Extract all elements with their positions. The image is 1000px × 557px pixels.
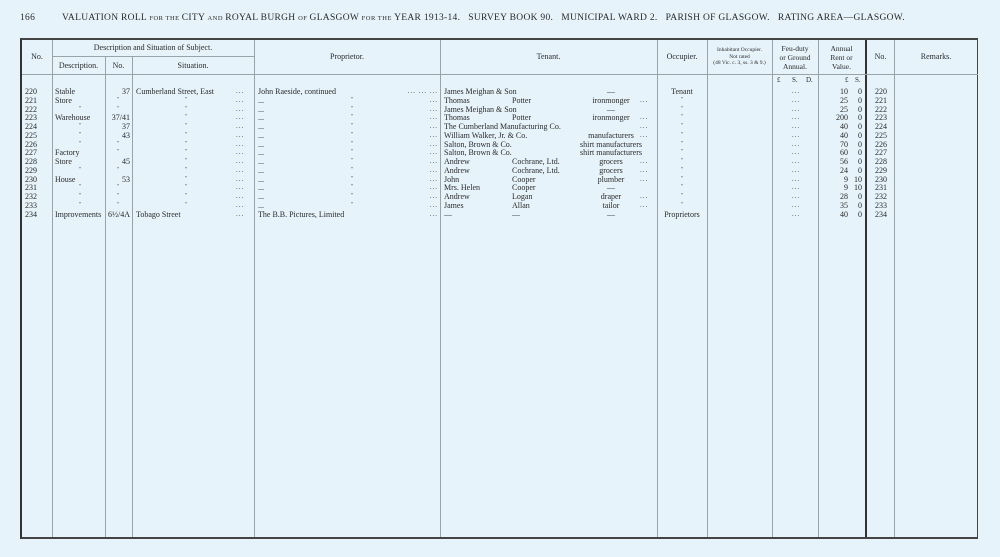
description-cell: "	[55, 105, 105, 114]
proprietor-ditto: "	[342, 122, 362, 131]
subject-number-cell: "	[106, 201, 130, 210]
proprietor-dots: ...	[372, 105, 438, 114]
header-subject-no: No.	[105, 57, 132, 74]
feu-duty-cell: ...	[774, 87, 818, 96]
rent-shillings-cell: 10	[850, 175, 862, 184]
header-rent-line3: Value.	[832, 62, 851, 71]
row-number: 221	[25, 96, 47, 105]
header-feu-line3: Annual.	[783, 62, 807, 71]
occupier-cell: "	[658, 113, 706, 122]
subject-number-cell: 53	[106, 175, 130, 184]
title-segment: CITY	[182, 13, 208, 23]
header-rent-line1: Annual	[830, 44, 852, 53]
rent-pounds-cell: 40	[820, 131, 848, 140]
table-row: 227Factory""......"...Salton, Brown & Co…	[22, 148, 978, 157]
tenant-dots: ...	[640, 192, 656, 201]
description-cell: Improvements	[55, 210, 105, 219]
situation-dots: ...	[236, 87, 252, 96]
header-occupier: Occupier.	[657, 40, 707, 74]
header-feu-line1: Feu-duty	[781, 44, 808, 53]
title-segment: ROYAL BURGH	[225, 13, 298, 23]
description-cell: Stable	[55, 87, 105, 96]
occupier-cell: "	[658, 96, 706, 105]
feu-pence-label: D.	[806, 76, 813, 84]
title-segment: FOR THE	[149, 15, 181, 22]
tenant-trade-cell: —	[567, 210, 655, 219]
rent-shillings-cell: 0	[850, 192, 862, 201]
description-cell: Warehouse	[55, 113, 105, 122]
rent-pounds-cell: 9	[820, 183, 848, 192]
subject-number-cell: "	[106, 183, 130, 192]
tenant-trade-cell: —	[567, 87, 655, 96]
header-bottom-rule	[22, 74, 978, 75]
table-row: 233"""......"...JamesAllantailor..."...3…	[22, 201, 978, 210]
row-number-right: 221	[868, 96, 894, 105]
tenant-trade-cell: —	[567, 105, 655, 114]
row-number-right: 225	[868, 131, 894, 140]
table-row: 222"""......"...James Meighan & Son—"...…	[22, 105, 978, 114]
proprietor-dots: ...	[372, 131, 438, 140]
feu-duty-cell: ...	[774, 148, 818, 157]
row-number: 232	[25, 192, 47, 201]
feu-duty-cell: ...	[774, 131, 818, 140]
row-number-right: 231	[868, 183, 894, 192]
rent-pounds-cell: 24	[820, 166, 848, 175]
title-segment: YEAR 1913-14. SURVEY BOOK 90. MUNICIPAL …	[394, 13, 905, 23]
row-number-right: 228	[868, 157, 894, 166]
occupier-cell: "	[658, 122, 706, 131]
subject-number-cell: "	[106, 192, 130, 201]
header-no: No.	[22, 40, 52, 74]
feu-duty-cell: ...	[774, 210, 818, 219]
rent-pounds-cell: 35	[820, 201, 848, 210]
situation-cell: "	[136, 122, 236, 131]
table-row: 234Improvements6½/4ATobago Street...The …	[22, 210, 978, 219]
valuation-table: No. Description and Situation of Subject…	[20, 38, 978, 539]
proprietor-dots: ...	[372, 122, 438, 131]
proprietor-dots: ...	[372, 166, 438, 175]
description-cell: "	[55, 201, 105, 210]
situation-cell: "	[136, 105, 236, 114]
rent-pounds-cell: 25	[820, 96, 848, 105]
tenant-dots: ...	[640, 96, 656, 105]
subject-number-cell: 37/41	[106, 113, 130, 122]
occupier-cell: Tenant	[658, 87, 706, 96]
feu-duty-cell: ...	[774, 157, 818, 166]
header-remarks: Remarks.	[894, 40, 978, 74]
rent-pounds-cell: 56	[820, 157, 848, 166]
header-tenant: Tenant.	[440, 40, 657, 74]
rent-pounds-cell: 200	[820, 113, 848, 122]
situation-dots: ...	[236, 175, 252, 184]
situation-cell: "	[136, 175, 236, 184]
situation-cell: Tobago Street	[136, 210, 236, 219]
table-row: 230House53"......"...JohnCooperplumber..…	[22, 175, 978, 184]
description-cell: Store	[55, 157, 105, 166]
header-rent-line2: Rent or	[830, 53, 852, 62]
subject-number-cell: "	[106, 166, 130, 175]
header-feu-duty: Feu-duty or Ground Annual.	[772, 40, 818, 74]
row-number-right: 222	[868, 105, 894, 114]
tenant-dots: ...	[640, 122, 656, 131]
rent-shillings-cell: 0	[850, 210, 862, 219]
tenant-name-cell: The Cumberland Manufacturing Co.	[444, 122, 594, 131]
occupier-cell: "	[658, 166, 706, 175]
proprietor-ditto: "	[342, 192, 362, 201]
row-number: 227	[25, 148, 47, 157]
row-number: 234	[25, 210, 47, 219]
proprietor-ditto: "	[342, 113, 362, 122]
situation-dots: ...	[236, 148, 252, 157]
table-row: 229"""......"...AndrewCochrane, Ltd.groc…	[22, 166, 978, 175]
description-cell: "	[55, 131, 105, 140]
tenant-trade-cell: —	[567, 183, 655, 192]
situation-cell: "	[136, 113, 236, 122]
rent-shillings-cell: 0	[850, 87, 862, 96]
proprietor-ditto: "	[342, 201, 362, 210]
proprietor-ditto: "	[342, 131, 362, 140]
row-number-right: 230	[868, 175, 894, 184]
title-segment: OF	[298, 15, 309, 22]
situation-cell: "	[136, 157, 236, 166]
tenant-dots: ...	[640, 131, 656, 140]
description-cell: Factory	[55, 148, 105, 157]
proprietor-dots: ...	[372, 201, 438, 210]
proprietor-ditto: "	[342, 157, 362, 166]
feu-pound-label: £	[777, 76, 781, 84]
description-cell: Store	[55, 96, 105, 105]
subject-number-cell: 6½/4A	[106, 210, 130, 219]
occupier-cell: "	[658, 192, 706, 201]
rent-shillings-cell: 0	[850, 140, 862, 149]
row-number: 229	[25, 166, 47, 175]
rent-pounds-cell: 40	[820, 210, 848, 219]
situation-cell: "	[136, 183, 236, 192]
row-number-right: 226	[868, 140, 894, 149]
rent-pound-label: £	[845, 76, 849, 84]
rent-shillings-cell: 0	[850, 113, 862, 122]
feu-duty-cell: ...	[774, 192, 818, 201]
table-row: 232"""......"...AndrewLogandraper..."...…	[22, 192, 978, 201]
proprietor-ditto: "	[342, 140, 362, 149]
title-segment: VALUATION ROLL	[62, 13, 149, 23]
description-cell: "	[55, 192, 105, 201]
rent-shillings-cell: 0	[850, 96, 862, 105]
situation-cell: Cumberland Street, East	[136, 87, 236, 96]
header-situation: Situation.	[132, 57, 254, 74]
rent-pounds-cell: 70	[820, 140, 848, 149]
row-number-right: 233	[868, 201, 894, 210]
proprietor-dots: ...	[372, 113, 438, 122]
header-desc-group: Description and Situation of Subject.	[52, 40, 254, 56]
situation-dots: ...	[236, 96, 252, 105]
occupier-cell: "	[658, 148, 706, 157]
row-number: 233	[25, 201, 47, 210]
rent-pounds-cell: 9	[820, 175, 848, 184]
proprietor-ditto: "	[342, 166, 362, 175]
description-cell: House	[55, 175, 105, 184]
table-row: 223Warehouse37/41"......"...ThomasPotter…	[22, 113, 978, 122]
subject-number-cell: "	[106, 96, 130, 105]
occupier-cell: "	[658, 157, 706, 166]
proprietor-ditto: "	[342, 148, 362, 157]
row-number: 222	[25, 105, 47, 114]
rent-shillings-cell: 0	[850, 166, 862, 175]
header-proprietor: Proprietor.	[254, 40, 440, 74]
description-cell: "	[55, 140, 105, 149]
table-row: 226"""......"...Salton, Brown & Co.shirt…	[22, 140, 978, 149]
rent-pounds-cell: 28	[820, 192, 848, 201]
situation-dots: ...	[236, 183, 252, 192]
situation-dots: ...	[236, 166, 252, 175]
rent-shillings-cell: 0	[850, 157, 862, 166]
proprietor-dots: ...	[372, 140, 438, 149]
tenant-dots: ...	[640, 166, 656, 175]
row-number: 231	[25, 183, 47, 192]
subject-number-cell: "	[106, 148, 130, 157]
subject-number-cell: "	[106, 105, 130, 114]
situation-dots: ...	[236, 192, 252, 201]
tenant-dots: ...	[640, 113, 656, 122]
page-title: VALUATION ROLL FOR THE CITY AND ROYAL BU…	[62, 13, 905, 23]
header-inhabitant-line3: (48 Vic. c. 3, ss. 3 & 9.)	[713, 60, 765, 67]
situation-cell: "	[136, 201, 236, 210]
occupier-cell: "	[658, 175, 706, 184]
subject-number-cell: 37	[106, 87, 130, 96]
rent-shillings-cell: 0	[850, 105, 862, 114]
rent-pounds-cell: 40	[820, 122, 848, 131]
situation-dots: ...	[236, 210, 252, 219]
row-number: 224	[25, 122, 47, 131]
proprietor-dots: ...	[372, 183, 438, 192]
row-number-right: 234	[868, 210, 894, 219]
proprietor-dots: ...	[372, 175, 438, 184]
rent-shillings-cell: 0	[850, 122, 862, 131]
row-number: 223	[25, 113, 47, 122]
proprietor-dots: ... ... ...	[372, 87, 438, 96]
rent-shillings-cell: 0	[850, 201, 862, 210]
table-row: 224"37"......"...The Cumberland Manufact…	[22, 122, 978, 131]
tenant-dots: ...	[640, 175, 656, 184]
situation-cell: "	[136, 148, 236, 157]
proprietor-dots: ...	[372, 192, 438, 201]
occupier-cell: "	[658, 183, 706, 192]
table-row: 225"43"......"...William Walker, Jr. & C…	[22, 131, 978, 140]
row-number-right: 227	[868, 148, 894, 157]
situation-dots: ...	[236, 201, 252, 210]
row-number-right: 229	[868, 166, 894, 175]
feu-duty-cell: ...	[774, 166, 818, 175]
row-number: 230	[25, 175, 47, 184]
rent-pounds-cell: 60	[820, 148, 848, 157]
rent-shillings-cell: 0	[850, 148, 862, 157]
title-segment: AND	[207, 15, 225, 22]
situation-cell: "	[136, 131, 236, 140]
row-number-right: 224	[868, 122, 894, 131]
situation-cell: "	[136, 140, 236, 149]
occupier-cell: "	[658, 201, 706, 210]
table-row: 220Stable37Cumberland Street, East...Joh…	[22, 87, 978, 96]
proprietor-cell: The B.B. Pictures, Limited	[258, 210, 368, 219]
subject-number-cell: 37	[106, 122, 130, 131]
situation-dots: ...	[236, 122, 252, 131]
description-cell: "	[55, 166, 105, 175]
feu-shilling-label: S.	[792, 76, 798, 84]
feu-duty-cell: ...	[774, 113, 818, 122]
feu-duty-cell: ...	[774, 105, 818, 114]
proprietor-ditto: "	[342, 183, 362, 192]
title-segment: FOR THE	[362, 15, 394, 22]
row-number-right: 220	[868, 87, 894, 96]
rent-pounds-cell: 25	[820, 105, 848, 114]
row-number-right: 223	[868, 113, 894, 122]
proprietor-dots: ...	[372, 96, 438, 105]
rent-pounds-cell: 10	[820, 87, 848, 96]
header-inhabitant-occupier: Inhabitant Occupier. Not rated (48 Vic. …	[707, 42, 772, 72]
subject-number-cell: 43	[106, 131, 130, 140]
occupier-cell: "	[658, 105, 706, 114]
situation-cell: "	[136, 166, 236, 175]
tenant-trade-cell: shirt manufacturers	[567, 140, 655, 149]
occupier-cell: "	[658, 131, 706, 140]
header-description: Description.	[52, 57, 105, 74]
row-number: 226	[25, 140, 47, 149]
rent-shillings-cell: 0	[850, 131, 862, 140]
row-number: 225	[25, 131, 47, 140]
table-row: 228Store45"......"...AndrewCochrane, Ltd…	[22, 157, 978, 166]
proprietor-dots: ...	[372, 210, 438, 219]
description-cell: "	[55, 122, 105, 131]
header-no-right: No.	[867, 40, 894, 74]
tenant-trade-cell: shirt manufacturers	[567, 148, 655, 157]
row-number-right: 232	[868, 192, 894, 201]
situation-cell: "	[136, 96, 236, 105]
header-feu-line2: or Ground	[779, 53, 810, 62]
occupier-cell: Proprietors	[658, 210, 706, 219]
table-row: 231"""......"...Mrs. HelenCooper—"...910…	[22, 183, 978, 192]
tenant-dots: ...	[640, 157, 656, 166]
feu-duty-cell: ...	[774, 183, 818, 192]
proprietor-ditto: "	[342, 105, 362, 114]
situation-dots: ...	[236, 157, 252, 166]
feu-duty-cell: ...	[774, 96, 818, 105]
title-segment: GLASGOW	[310, 13, 362, 23]
feu-duty-cell: ...	[774, 122, 818, 131]
subject-number-cell: "	[106, 140, 130, 149]
page-number: 166	[20, 13, 35, 23]
proprietor-ditto: "	[342, 175, 362, 184]
proprietor-dots: ...	[372, 148, 438, 157]
subject-number-cell: 45	[106, 157, 130, 166]
rent-shilling-label: S.	[855, 76, 861, 84]
situation-dots: ...	[236, 140, 252, 149]
header-annual-rent: Annual Rent or Value.	[818, 40, 865, 74]
situation-cell: "	[136, 192, 236, 201]
proprietor-ditto: "	[342, 96, 362, 105]
situation-dots: ...	[236, 105, 252, 114]
row-number: 228	[25, 157, 47, 166]
feu-duty-cell: ...	[774, 140, 818, 149]
occupier-cell: "	[658, 140, 706, 149]
table-row: 221Store""......"...ThomasPotterironmong…	[22, 96, 978, 105]
situation-dots: ...	[236, 113, 252, 122]
rent-shillings-cell: 10	[850, 183, 862, 192]
proprietor-dots: ...	[372, 157, 438, 166]
tenant-dots: ...	[640, 201, 656, 210]
proprietor-cell: John Raeside, continued	[258, 87, 368, 96]
feu-duty-cell: ...	[774, 175, 818, 184]
row-number: 220	[25, 87, 47, 96]
situation-dots: ...	[236, 131, 252, 140]
feu-duty-cell: ...	[774, 201, 818, 210]
description-cell: "	[55, 183, 105, 192]
